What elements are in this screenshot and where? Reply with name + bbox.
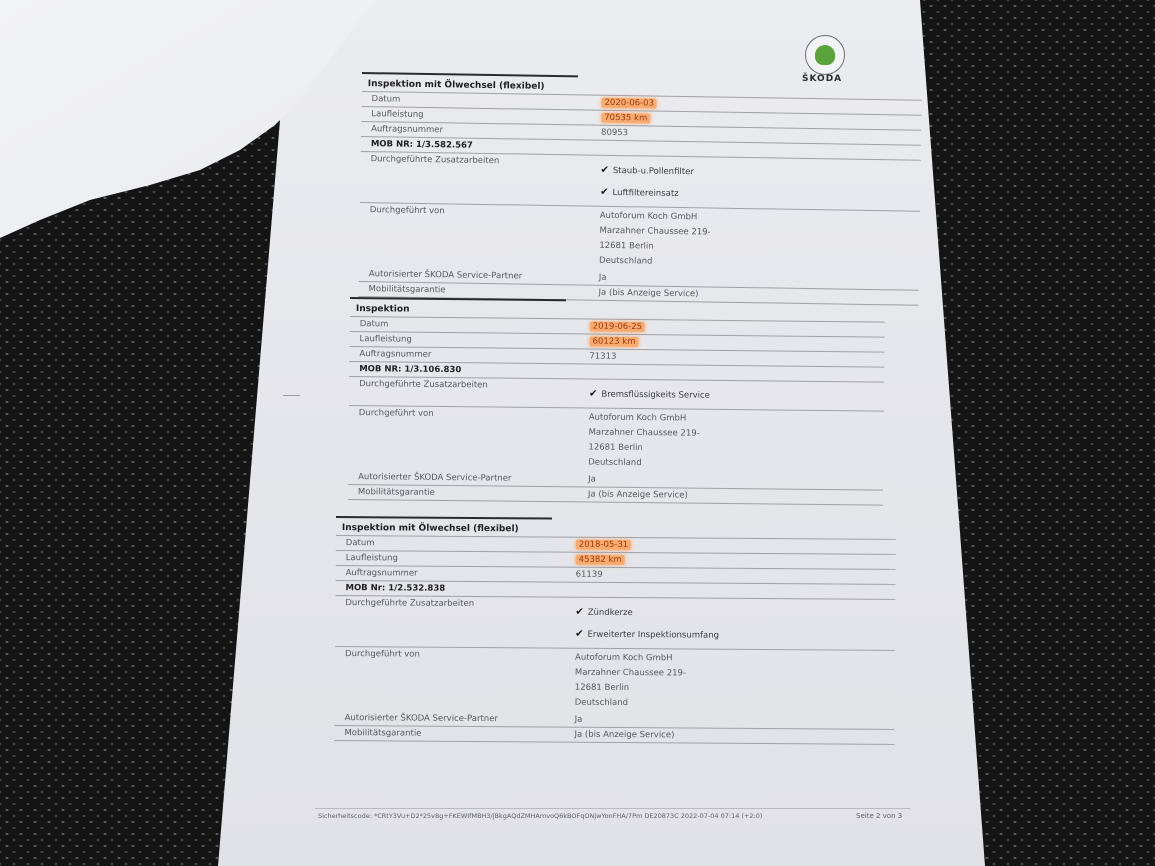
mobil-value: Ja (bis Anzeige Service): [588, 488, 883, 505]
service-entry: Inspektion mit Ölwechsel (flexibel) Datu…: [358, 72, 921, 306]
security-code: Sicherheitscode: *CRtY3Vu+D2*25v8g+FKEWI…: [318, 812, 762, 820]
datum-value: 2019-06-25: [590, 322, 646, 333]
von-label: Durchgeführt von: [335, 647, 575, 713]
laufleistung-value: 45382 km: [576, 555, 625, 565]
footer-divider: [315, 808, 910, 809]
section-title: Inspektion mit Ölwechsel (flexibel): [336, 516, 552, 537]
row-zusatzarbeiten: Durchgeführte Zusatzarbeiten ✔Staub-u.Po…: [360, 151, 921, 211]
laufleistung-value: 60123 km: [589, 337, 638, 348]
workshop-address-line: Deutschland: [588, 456, 883, 474]
check-icon: ✔: [600, 187, 609, 198]
zusatz-label: Durchgeführte Zusatzarbeiten: [349, 377, 589, 408]
zusatz-label: Durchgeführte Zusatzarbeiten: [360, 152, 601, 206]
von-label: Durchgeführt von: [348, 406, 589, 473]
datum-value: 2018-05-31: [576, 540, 631, 550]
zusatz-label: Durchgeführte Zusatzarbeiten: [335, 596, 575, 648]
fold-mark: [283, 395, 300, 396]
von-label: Durchgeführt von: [359, 203, 600, 271]
check-icon: ✔: [575, 629, 583, 640]
laufleistung-value: 70535 km: [601, 113, 650, 124]
service-entry: Inspektion Datum 2019-06-25 Laufleistung…: [348, 297, 885, 506]
additional-work-item: ✔Zündkerze: [575, 602, 895, 626]
additional-work-item: ✔Luftfiltereinsatz: [600, 182, 920, 209]
skoda-logo-icon: [805, 35, 845, 75]
mobil-label: Mobilitätsgarantie: [348, 485, 588, 502]
row-durchgefuehrt-von: Durchgeführt von Autoforum Koch GmbHMarz…: [348, 405, 884, 476]
check-icon: ✔: [589, 389, 598, 400]
datum-value: 2020-06-03: [601, 98, 657, 109]
service-entry: Inspektion mit Ölwechsel (flexibel) Datu…: [334, 516, 896, 745]
workshop-address-line: Deutschland: [575, 696, 895, 713]
check-icon: ✔: [600, 165, 609, 176]
additional-work-item: ✔Erweiterter Inspektionsumfang: [575, 624, 895, 648]
additional-work-item: ✔Bremsflüssigkeits Service: [589, 384, 884, 409]
additional-work-label: Staub-u.Pollenfilter: [613, 166, 694, 177]
additional-work-label: Zündkerze: [588, 608, 633, 618]
row-zusatzarbeiten: Durchgeführte Zusatzarbeiten ✔Zündkerze✔…: [335, 595, 895, 650]
additional-work-label: Bremsflüssigkeits Service: [601, 390, 710, 401]
row-durchgefuehrt-von: Durchgeführt von Autoforum Koch GmbHMarz…: [359, 202, 920, 276]
row-mobilitaet: Mobilitätsgarantie Ja (bis Anzeige Servi…: [334, 725, 894, 745]
section-title: Inspektion: [350, 297, 566, 318]
check-icon: ✔: [575, 607, 583, 618]
mobil-value: Ja (bis Anzeige Service): [574, 728, 894, 744]
row-durchgefuehrt-von: Durchgeführt von Autoforum Koch GmbHMarz…: [335, 646, 895, 715]
page-number: Seite 2 von 3: [856, 812, 902, 820]
additional-work-label: Luftfiltereinsatz: [612, 188, 678, 199]
additional-work-label: Erweiterter Inspektionsumfang: [588, 630, 720, 641]
mobil-label: Mobilitätsgarantie: [334, 726, 574, 742]
